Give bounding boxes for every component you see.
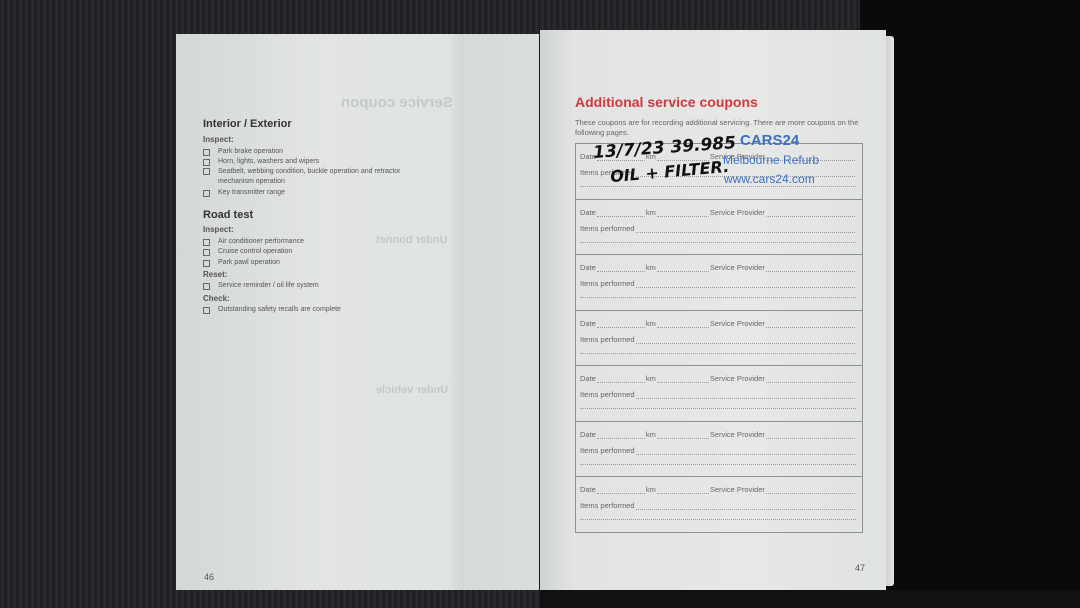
checkbox-icon [203, 239, 210, 246]
checkbox-icon [203, 159, 210, 166]
km-label: km [646, 208, 656, 217]
items-field-line[interactable] [580, 186, 856, 187]
coupon-entry: DatekmService ProviderItems performed [576, 422, 862, 478]
group-label: Reset: [203, 270, 227, 279]
items-label: Items performed [580, 501, 635, 510]
page-title: Additional service coupons [575, 94, 758, 110]
date-field[interactable] [597, 263, 645, 272]
items-field-line[interactable] [580, 353, 856, 354]
items-label: Items performed [580, 446, 635, 455]
checklist-item: Park pawl operation [203, 258, 423, 269]
provider-label: Service Provider [710, 485, 765, 494]
left-page: Service coupon Under bonnet Under vehicl… [176, 34, 539, 590]
provider-label: Service Provider [710, 263, 765, 272]
checklist-item: Key transmitter range [203, 188, 423, 199]
date-field[interactable] [597, 430, 645, 439]
date-label: Date [580, 485, 596, 494]
items-label: Items performed [580, 224, 635, 233]
coupon-table: DatekmService ProviderItems performedDat… [575, 143, 863, 533]
section-title: Interior / Exterior [203, 118, 292, 130]
items-field[interactable] [636, 335, 855, 344]
provider-field[interactable] [766, 430, 855, 439]
date-field[interactable] [597, 319, 645, 328]
provider-field[interactable] [766, 319, 855, 328]
provider-field[interactable] [766, 263, 855, 272]
items-label: Items performed [580, 279, 635, 288]
date-field[interactable] [597, 374, 645, 383]
provider-field[interactable] [766, 208, 855, 217]
bleed-through-text: Under vehicle [376, 384, 448, 396]
provider-label: Service Provider [710, 319, 765, 328]
group-label: Inspect: [203, 135, 234, 144]
checkbox-icon [203, 249, 210, 256]
provider-field[interactable] [766, 374, 855, 383]
date-label: Date [580, 263, 596, 272]
checklist-item: Seatbelt, webbing condition, buckle oper… [203, 167, 423, 187]
items-field[interactable] [636, 446, 855, 455]
stamp-brand: CARS24 [740, 132, 799, 149]
km-label: km [646, 430, 656, 439]
km-label: km [646, 319, 656, 328]
coupon-entry: DatekmService ProviderItems performed [576, 477, 862, 532]
items-field[interactable] [636, 279, 855, 288]
stamp-location: Melbourne Refurb [723, 153, 819, 167]
km-label: km [646, 374, 656, 383]
group-label: Check: [203, 294, 230, 303]
km-field[interactable] [657, 374, 709, 383]
checkbox-icon [203, 307, 210, 314]
km-label: km [646, 485, 656, 494]
page-number: 46 [204, 572, 214, 582]
checkbox-icon [203, 168, 210, 175]
page-number: 47 [855, 563, 865, 573]
checklist-item: Cruise control operation [203, 247, 423, 258]
stamp-website: www.cars24.com [724, 172, 815, 186]
background-shadow [540, 590, 1080, 608]
coupon-entry: DatekmService ProviderItems performed [576, 311, 862, 367]
section-title: Road test [203, 209, 253, 221]
km-field[interactable] [657, 263, 709, 272]
items-label: Items performed [580, 335, 635, 344]
provider-label: Service Provider [710, 208, 765, 217]
date-label: Date [580, 374, 596, 383]
items-field-line[interactable] [580, 464, 856, 465]
items-label: Items performed [580, 390, 635, 399]
checkbox-icon [203, 260, 210, 267]
coupon-entry: DatekmService ProviderItems performed [576, 366, 862, 422]
right-page: Additional service coupons These coupons… [540, 30, 886, 590]
items-field-line[interactable] [580, 408, 856, 409]
checkbox-icon [203, 283, 210, 290]
checkbox-icon [203, 149, 210, 156]
km-field[interactable] [657, 319, 709, 328]
km-field[interactable] [657, 485, 709, 494]
date-label: Date [580, 208, 596, 217]
provider-label: Service Provider [710, 430, 765, 439]
coupon-entry: DatekmService ProviderItems performed [576, 255, 862, 311]
items-field-line[interactable] [580, 519, 856, 520]
items-field-line[interactable] [580, 242, 856, 243]
provider-label: Service Provider [710, 374, 765, 383]
date-label: Date [580, 430, 596, 439]
checkbox-icon [203, 190, 210, 197]
coupon-entry: DatekmService ProviderItems performed [576, 200, 862, 256]
group-label: Inspect: [203, 225, 234, 234]
items-field[interactable] [636, 224, 855, 233]
date-field[interactable] [597, 485, 645, 494]
provider-field[interactable] [766, 485, 855, 494]
km-field[interactable] [657, 208, 709, 217]
items-field[interactable] [636, 390, 855, 399]
items-field-line[interactable] [580, 297, 856, 298]
bleed-through-text: Service coupon [341, 94, 453, 111]
date-label: Date [580, 319, 596, 328]
checklist-item: Outstanding safety recalls are complete [203, 305, 423, 316]
checklist-item: Service reminder / oil life system [203, 281, 423, 292]
date-field[interactable] [597, 208, 645, 217]
km-field[interactable] [657, 430, 709, 439]
km-label: km [646, 263, 656, 272]
items-field[interactable] [636, 501, 855, 510]
